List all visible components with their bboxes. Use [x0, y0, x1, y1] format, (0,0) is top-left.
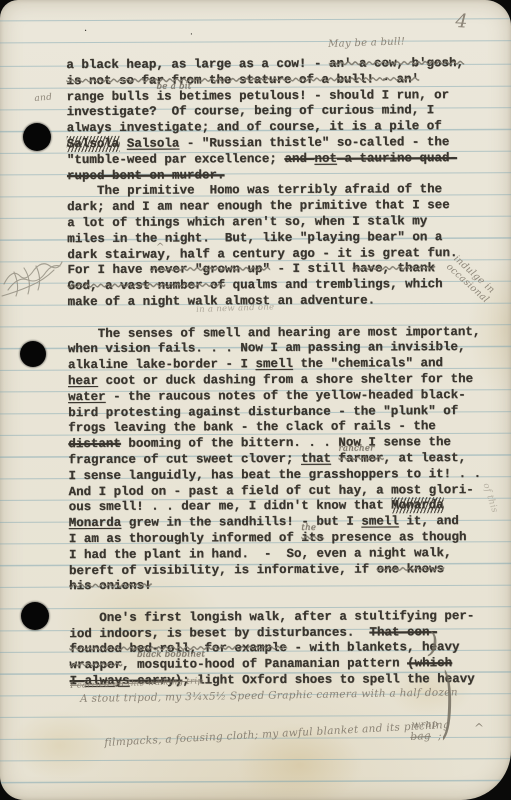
text-run: I am as thoroughly informed of: [69, 531, 302, 548]
text-run: "tumble-weed par excellence;: [67, 152, 285, 169]
text-run: smell: [255, 357, 293, 373]
text-run: bereft of visibility, is informative, if: [69, 562, 377, 579]
pencil-paren-large: ): [441, 658, 455, 751]
text-run: - "Russian thistle" so-called - the: [179, 135, 449, 152]
text-run: alkaline lake-border - I: [68, 357, 256, 374]
text-run: - the raucous notes of the yellow-headed…: [106, 388, 466, 406]
notebook-paper: a black heap, as large as a cow! - an' a…: [0, 0, 511, 800]
text-run: of Panamanian pattern: [235, 657, 408, 674]
text-run: smell: [361, 514, 399, 530]
text-run: it, and: [399, 514, 459, 530]
pencil-note: be a bit: [156, 81, 191, 91]
text-run: farmerrancher: [338, 451, 383, 467]
text-run: an' a cow, b'gosh,: [329, 56, 464, 73]
hole-punch-icon: [21, 602, 49, 630]
text-run: The primitive Homo was terribly afraid o…: [97, 183, 442, 201]
hw-bag-note: bag: [410, 730, 431, 743]
margin-and-note: and: [34, 92, 53, 104]
text-run: booming of the bittern. . . Now I sense …: [121, 435, 451, 453]
hw-wrap-note: wrap: [412, 719, 438, 731]
hw-semicolon-note: ;: [438, 730, 442, 742]
text-run: a lot of things which aren't so, when I …: [67, 214, 427, 232]
pencil-note: black bobbinet: [137, 650, 205, 660]
text-run: For I have: [67, 263, 150, 279]
text-run: ruped bent on murder.: [67, 168, 225, 185]
ink-speck: ·: [84, 26, 87, 37]
text-run: itsthe: [301, 531, 324, 547]
typewritten-text-block: a black heap, as large as a cow! - an' a…: [66, 56, 493, 690]
typed-line: bereft of visibility, is informative, if…: [69, 561, 493, 579]
text-run: always investigate; and of course, it is…: [67, 119, 442, 137]
text-run: Salsola: [67, 137, 120, 153]
text-run: a taurine quad-: [337, 151, 457, 167]
text-run: a black heap, as large as a cow! -: [66, 57, 329, 74]
text-run: God, a vast number of: [68, 278, 226, 295]
typed-line: God, a vast number of qualms and trembli…: [68, 277, 492, 295]
text-run: investigate? Of course, being of curious…: [67, 104, 435, 122]
text-run: range bulls: [67, 89, 157, 105]
text-run: not: [314, 151, 337, 167]
text-run: That con-: [369, 625, 437, 641]
text-run: Salsola: [127, 137, 180, 153]
text-run: the "chemicals" and: [293, 356, 443, 373]
text-run: ous smell! . . dear me, I didn't know th…: [69, 499, 392, 516]
text-run: that: [301, 452, 331, 468]
typed-line: a black heap, as large as a cow! - an' a…: [66, 56, 490, 74]
ink-speck: ·: [190, 30, 193, 40]
text-run: never "grown up": [150, 262, 270, 278]
text-run: presence as though: [324, 530, 467, 547]
text-run: petulous! - should I run, or: [232, 88, 450, 105]
text-run: and: [284, 152, 314, 168]
text-run: one knows: [377, 562, 445, 578]
text-run: frogs leaving the bank - the clack of ra…: [68, 420, 436, 438]
text-run: [119, 137, 127, 153]
text-run: his onions!: [69, 579, 152, 595]
hole-punch-icon: [23, 123, 51, 151]
typed-line: dark; and I am near enough the primitive…: [67, 198, 491, 216]
text-run: mosquito-hoodblack bobbinet: [137, 658, 235, 674]
stairway-caret: ^: [156, 242, 165, 253]
text-run: wrapper: [69, 658, 122, 674]
text-run: is not so far from the stature of a bull…: [66, 72, 419, 90]
text-run: hear: [68, 374, 98, 390]
text-run: ,: [122, 658, 137, 674]
hole-punch-icon: [20, 341, 46, 367]
pencil-note: the: [301, 523, 316, 533]
text-run: qualms and tremblings, which: [225, 277, 443, 294]
text-run: distant: [68, 437, 121, 453]
text-run: water: [68, 390, 106, 406]
text-run: fragrance of cut sweet clover;: [68, 452, 301, 469]
page-number-pencil: 4: [455, 10, 469, 33]
text-run: have, thank: [352, 262, 435, 278]
typed-line: "tumble-weed par excellence; and not a t…: [67, 151, 491, 169]
margin-scribble-icon: [0, 250, 66, 306]
text-run: grew in the sandhills! - but I: [121, 515, 361, 532]
text-run: iod indoors, is beset by disturbances.: [69, 625, 369, 642]
text-run: [331, 452, 339, 468]
text-run: - I still: [270, 262, 353, 278]
text-run: is betimesbe a bit: [157, 89, 232, 105]
insert-caret: ^: [474, 721, 484, 735]
scanned-manuscript-page: a black heap, as large as a cow! - an' a…: [0, 0, 511, 800]
text-run: , at least,: [384, 451, 467, 467]
pencil-note: rancher: [338, 443, 374, 453]
text-run: Monarda: [391, 498, 444, 514]
text-run: Monarda: [69, 516, 122, 532]
